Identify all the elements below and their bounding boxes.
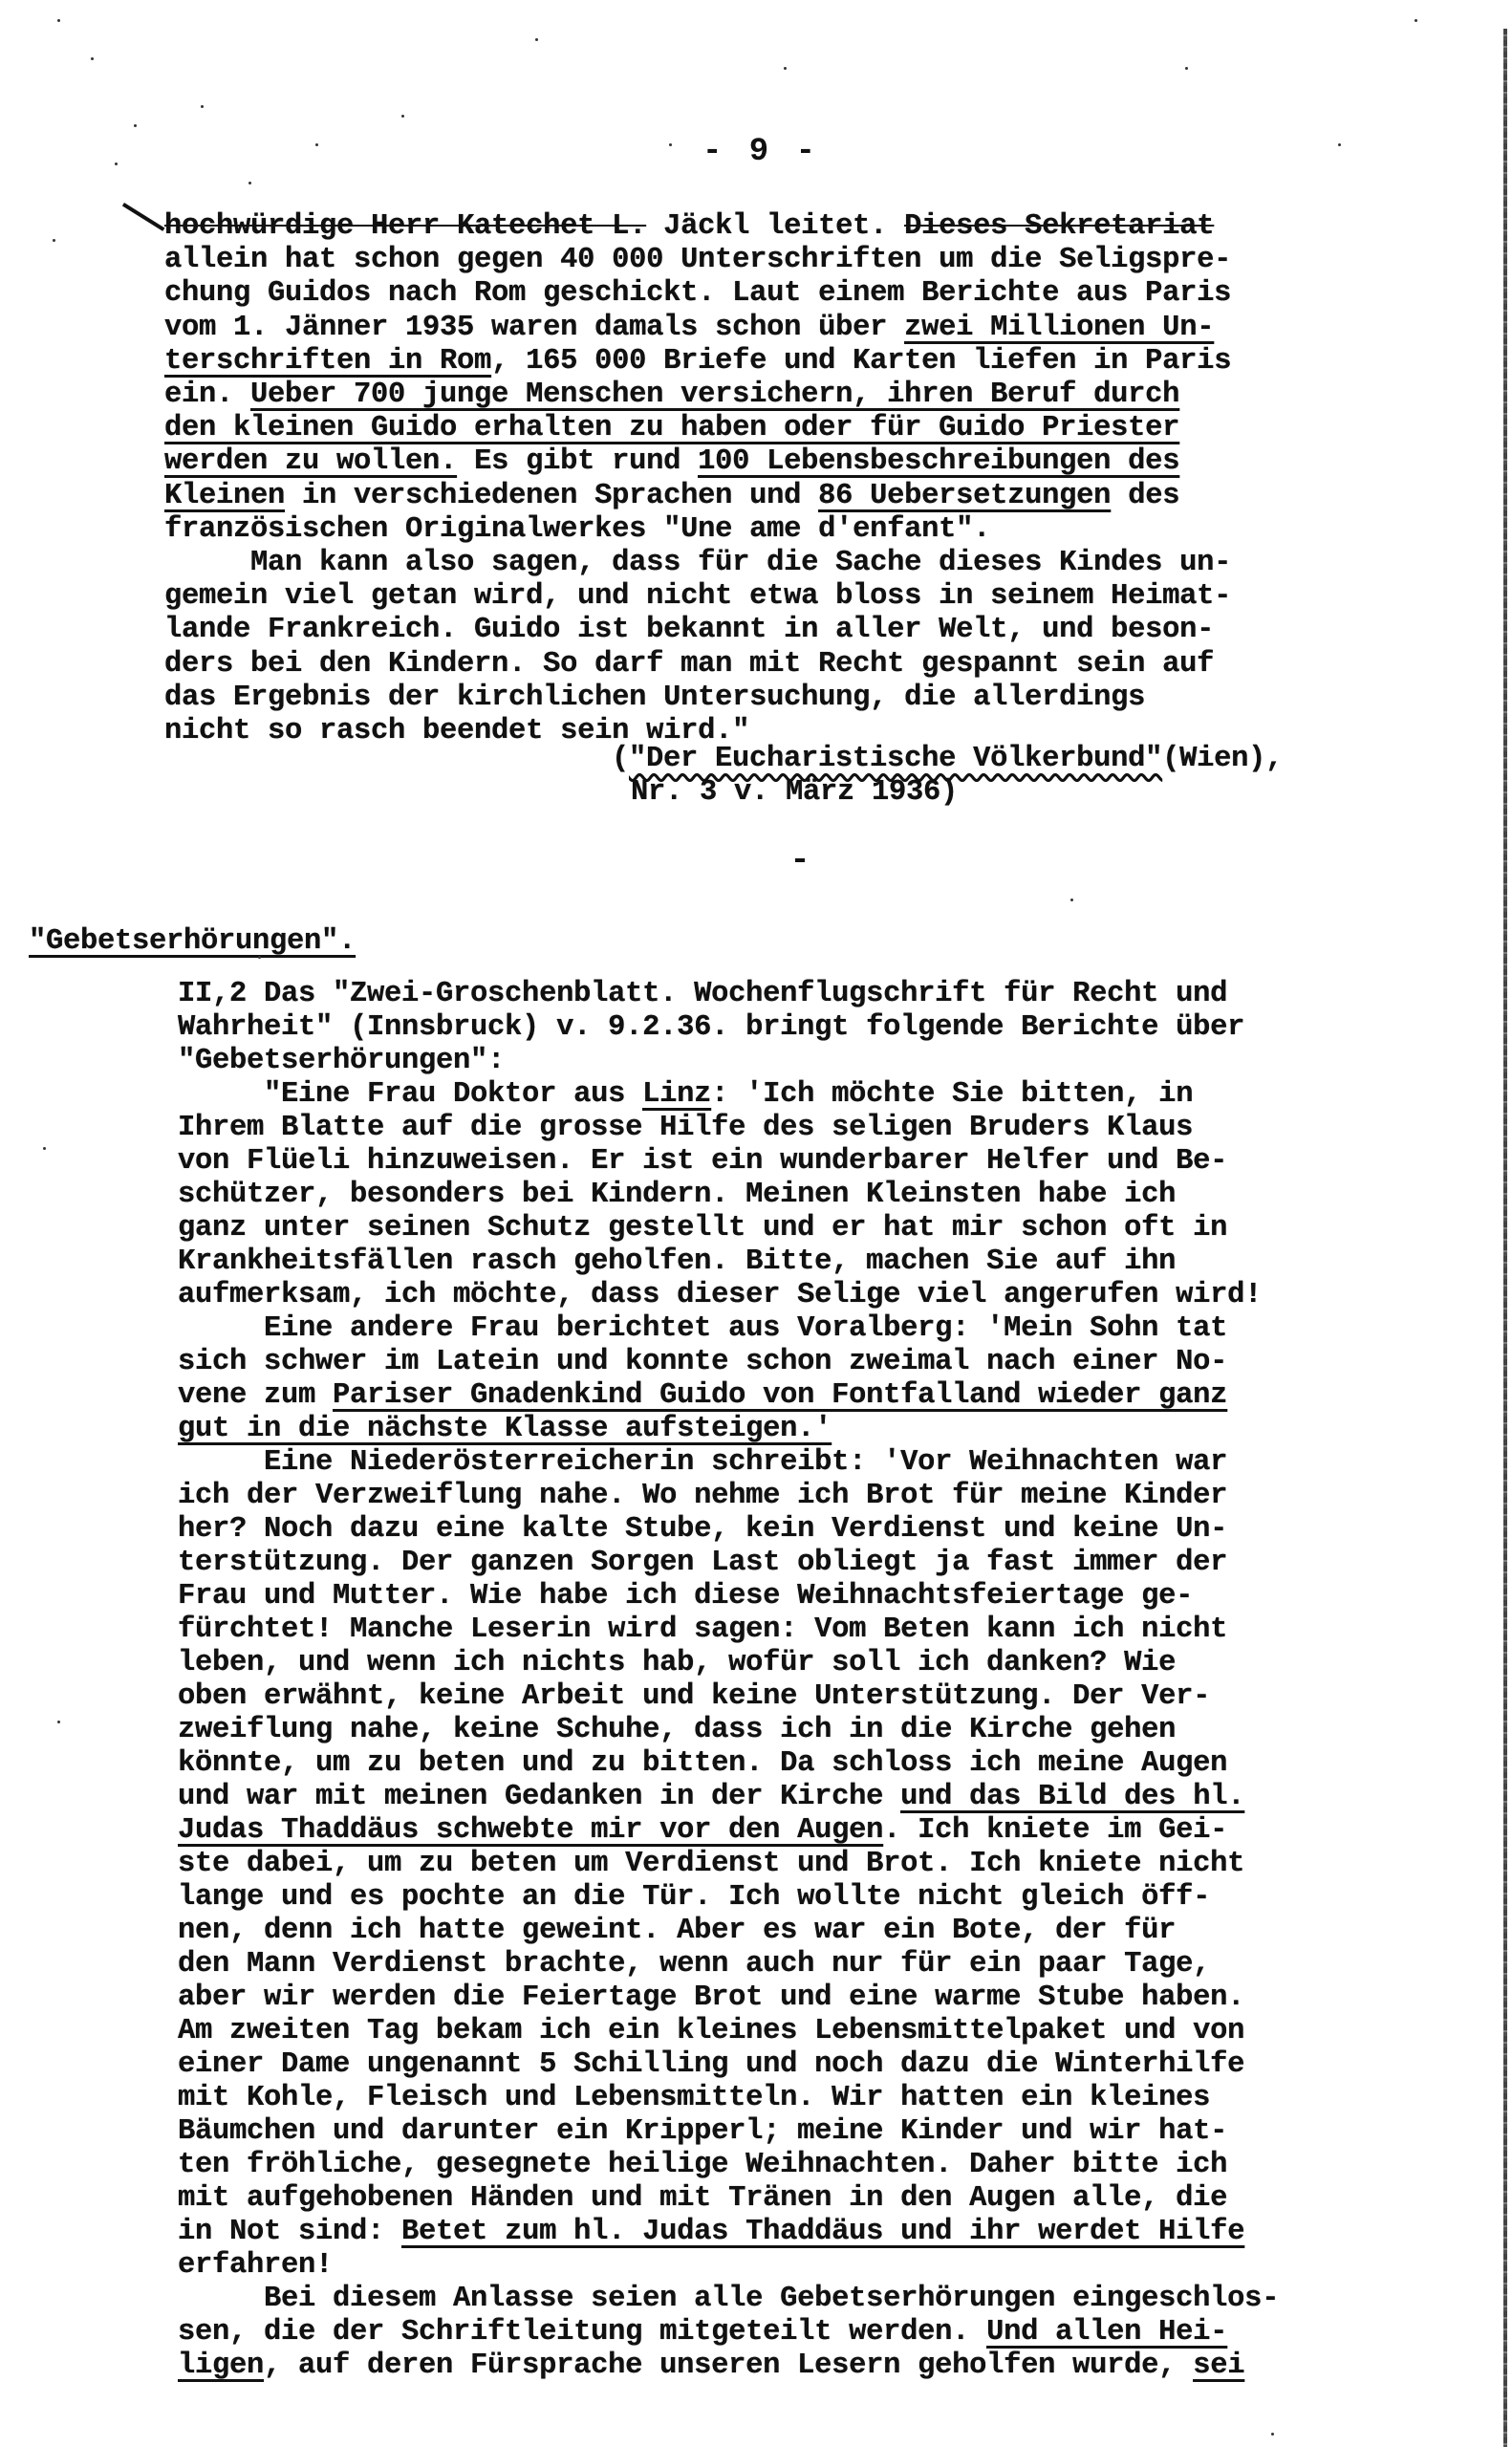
scan-speck [1338, 143, 1341, 146]
text-line: das Ergebnis der kirchlichen Untersuchun… [164, 682, 1145, 715]
text-run: ein. [164, 379, 250, 411]
scan-speck [315, 143, 318, 146]
text-line: erfahren! [178, 2249, 333, 2283]
text-line: den Mann Verdienst brachte, wenn auch nu… [178, 1948, 1210, 1981]
citation-source: "Der Eucharistische Völkerbund" [629, 743, 1162, 775]
text-run: das Ergebnis der kirchlichen Untersuchun… [164, 682, 1145, 714]
text-run: des [1111, 480, 1179, 512]
scan-speck [57, 1721, 60, 1723]
text-line: und war mit meinen Gedanken in der Kirch… [178, 1781, 1244, 1814]
text-run: könnte, um zu beten und zu bitten. Da sc… [178, 1747, 1227, 1780]
text-line: lande Frankreich. Guido ist bekannt in a… [164, 614, 1214, 647]
text-line: mit Kohle, Fleisch und Lebensmitteln. Wi… [178, 2082, 1210, 2115]
text-run: sich schwer im Latein und konnte schon z… [178, 1346, 1227, 1378]
underlined-text: Kleinen [164, 480, 285, 512]
text-run: aber wir werden die Feiertage Brot und e… [178, 1981, 1244, 2014]
text-run: ste dabei, um zu beten um Verdienst und … [178, 1848, 1244, 1880]
scan-speck [57, 19, 60, 22]
text-run: zweiflung nahe, keine Schuhe, dass ich i… [178, 1714, 1176, 1746]
text-run: vom 1. Jänner 1935 waren damals schon üb… [164, 312, 904, 344]
text-run: mit Kohle, Fleisch und Lebensmitteln. Wi… [178, 2082, 1210, 2114]
underlined-text: Und allen Hei- [986, 2316, 1227, 2349]
text-line: lange und es pochte an die Tür. Ich woll… [178, 1881, 1210, 1915]
text-line: von Flüeli hinzuweisen. Er ist ein wunde… [178, 1145, 1227, 1179]
scan-speck [115, 162, 118, 165]
text-line: terschriften in Rom, 165 000 Briefe und … [164, 345, 1231, 379]
text-run: II,2 Das "Zwei-Groschenblatt. Wochenflug… [178, 978, 1227, 1010]
text-line: nen, denn ich hatte geweint. Aber es war… [178, 1915, 1176, 1948]
citation-line-1: ("Der Eucharistische Völkerbund"(Wien), [612, 743, 1283, 776]
text-run: Jäckl leitet. [646, 210, 904, 243]
text-line: Ihrem Blatte auf die grosse Hilfe des se… [178, 1112, 1193, 1145]
underlined-text: Ueber 700 junge Menschen versichern, ihr… [250, 379, 1179, 411]
text-line: ten fröhliche, gesegnete heilige Weihnac… [178, 2149, 1227, 2182]
text-run: Bei diesem Anlasse seien alle Gebetserhö… [178, 2283, 1279, 2315]
text-line: sich schwer im Latein und konnte schon z… [178, 1346, 1227, 1379]
text-run: Krankheitsfällen rasch geholfen. Bitte, … [178, 1245, 1176, 1278]
text-line: hochwürdige Herr Katechet L. Jäckl leite… [164, 210, 1214, 244]
text-line: sen, die der Schriftleitung mitgeteilt w… [178, 2316, 1227, 2350]
scan-speck [1070, 899, 1073, 901]
text-line: vom 1. Jänner 1935 waren damals schon üb… [164, 312, 1214, 345]
text-line: zweiflung nahe, keine Schuhe, dass ich i… [178, 1714, 1176, 1747]
underlined-text: den kleinen Guido erhalten zu haben oder… [164, 412, 1179, 444]
underlined-text: Linz [642, 1078, 711, 1111]
section-separator [795, 858, 805, 862]
text-line: Bäumchen und darunter ein Kripperl; mein… [178, 2115, 1227, 2149]
text-run: "Gebetserhörungen": [178, 1045, 505, 1077]
text-line: vene zum Pariser Gnadenkind Guido von Fo… [178, 1379, 1227, 1413]
text-run: oben erwähnt, keine Arbeit und keine Unt… [178, 1680, 1210, 1713]
text-line: Judas Thaddäus schwebte mir vor den Auge… [178, 1814, 1227, 1848]
text-line: Frau und Mutter. Wie habe ich diese Weih… [178, 1580, 1193, 1613]
text-run: ders bei den Kindern. So darf man mit Re… [164, 648, 1214, 681]
text-run: aufmerksam, ich möchte, dass dieser Seli… [178, 1279, 1262, 1311]
text-line: gut in die nächste Klasse aufsteigen.' [178, 1413, 832, 1446]
text-line: den kleinen Guido erhalten zu haben oder… [164, 412, 1179, 445]
text-line: werden zu wollen. Es gibt rund 100 Leben… [164, 445, 1179, 479]
text-run: terstützung. Der ganzen Sorgen Last obli… [178, 1547, 1227, 1579]
scan-speck [669, 143, 672, 146]
text-run: ich der Verzweiflung nahe. Wo nehme ich … [178, 1480, 1227, 1512]
scan-speck [784, 67, 787, 70]
text-run: in verschiedenen Sprachen und [285, 480, 818, 512]
text-run: Eine Niederösterreicherin schreibt: 'Vor… [178, 1446, 1227, 1479]
text-run: Eine andere Frau berichtet aus Voralberg… [178, 1312, 1227, 1345]
underlined-text: und das Bild des hl. [900, 1781, 1244, 1813]
underlined-text: terschriften in Rom [164, 345, 491, 378]
underlined-text: Betet zum hl. Judas Thaddäus und ihr wer… [401, 2216, 1244, 2248]
text-line: mit aufgehobenen Händen und mit Tränen i… [178, 2182, 1227, 2216]
struck-text: hochwürdige Herr Katechet L. [164, 210, 646, 243]
text-line: chung Guidos nach Rom geschickt. Laut ei… [164, 277, 1231, 311]
text-line: her? Noch dazu eine kalte Stube, kein Ve… [178, 1513, 1227, 1547]
text-line: fürchtet! Manche Leserin wird sagen: Vom… [178, 1613, 1227, 1647]
text-run: erfahren! [178, 2249, 333, 2282]
page-scan-edge [1503, 29, 1507, 2447]
citation-line-2: Nr. 3 v. März 1936) [631, 776, 958, 810]
text-line: leben, und wenn ich nichts hab, wofür so… [178, 1647, 1176, 1680]
text-run: fürchtet! Manche Leserin wird sagen: Vom… [178, 1613, 1227, 1646]
text-run: her? Noch dazu eine kalte Stube, kein Ve… [178, 1513, 1227, 1546]
underlined-text: zwei Millionen Un- [904, 312, 1214, 344]
text-run: Man kann also sagen, dass für die Sache … [164, 547, 1231, 579]
handwritten-mark [107, 203, 164, 255]
text-run: allein hat schon gegen 40 000 Unterschri… [164, 244, 1231, 276]
text-run: schützer, besonders bei Kindern. Meinen … [178, 1179, 1176, 1211]
underlined-text: Pariser Gnadenkind Guido von Fontfalland… [333, 1379, 1227, 1412]
text-line: Bei diesem Anlasse seien alle Gebetserhö… [178, 2283, 1279, 2316]
text-run: : 'Ich möchte Sie bitten, in [711, 1078, 1193, 1111]
text-line: Eine Niederösterreicherin schreibt: 'Vor… [178, 1446, 1227, 1480]
text-line: schützer, besonders bei Kindern. Meinen … [178, 1179, 1176, 1212]
text-line: allein hat schon gegen 40 000 Unterschri… [164, 244, 1231, 277]
text-line: in Not sind: Betet zum hl. Judas Thaddäu… [178, 2216, 1244, 2249]
text-run: mit aufgehobenen Händen und mit Tränen i… [178, 2182, 1227, 2215]
text-run: und war mit meinen Gedanken in der Kirch… [178, 1781, 900, 1813]
underlined-text: Judas Thaddäus schwebte mir vor den Auge… [178, 1814, 883, 1847]
text-run: "Eine Frau Doktor aus [178, 1078, 642, 1111]
text-line: aufmerksam, ich möchte, dass dieser Seli… [178, 1279, 1262, 1312]
scan-speck [401, 115, 404, 118]
scan-speck [1185, 67, 1188, 70]
text-line: französischen Originalwerkes "Une ame d'… [164, 513, 990, 547]
text-run: von Flüeli hinzuweisen. Er ist ein wunde… [178, 1145, 1227, 1178]
text-line: "Eine Frau Doktor aus Linz: 'Ich möchte … [178, 1078, 1193, 1112]
struck-text: Dieses Sekretariat [904, 210, 1214, 243]
text-line: ich der Verzweiflung nahe. Wo nehme ich … [178, 1480, 1227, 1513]
scan-speck [248, 182, 251, 184]
scan-speck [43, 1147, 46, 1150]
text-run: gemein viel getan wird, und nicht etwa b… [164, 580, 1231, 613]
text-run: lande Frankreich. Guido ist bekannt in a… [164, 614, 1214, 646]
scan-speck [1415, 19, 1417, 22]
text-line: oben erwähnt, keine Arbeit und keine Unt… [178, 1680, 1210, 1714]
text-line: aber wir werden die Feiertage Brot und e… [178, 1981, 1244, 2015]
text-line: terstützung. Der ganzen Sorgen Last obli… [178, 1547, 1227, 1580]
page-number: - 9 - [702, 134, 819, 170]
section-heading: "Gebetserhörungen". [29, 925, 356, 959]
scan-speck [1271, 2433, 1274, 2436]
text-line: ste dabei, um zu beten um Verdienst und … [178, 1848, 1244, 1881]
underlined-text: 86 Uebersetzungen [818, 480, 1111, 512]
text-run: ganz unter seinen Schutz gestellt und er… [178, 1212, 1227, 1245]
citation-paren: ( [612, 743, 629, 775]
text-run: nen, denn ich hatte geweint. Aber es war… [178, 1915, 1176, 1947]
text-run: , auf deren Fürsprache unseren Lesern ge… [264, 2350, 1193, 2382]
text-line: ein. Ueber 700 junge Menschen versichern… [164, 379, 1179, 412]
text-line: Krankheitsfällen rasch geholfen. Bitte, … [178, 1245, 1176, 1279]
text-run: chung Guidos nach Rom geschickt. Laut ei… [164, 277, 1231, 310]
text-line: gemein viel getan wird, und nicht etwa b… [164, 580, 1231, 614]
text-line: Kleinen in verschiedenen Sprachen und 86… [164, 480, 1179, 513]
text-line: ligen, auf deren Fürsprache unseren Lese… [178, 2350, 1244, 2383]
text-run: ten fröhliche, gesegnete heilige Weihnac… [178, 2149, 1227, 2181]
text-line: ders bei den Kindern. So darf man mit Re… [164, 648, 1214, 682]
scan-speck [134, 124, 137, 127]
text-line: Am zweiten Tag bekam ich ein kleines Leb… [178, 2015, 1244, 2048]
text-line: ganz unter seinen Schutz gestellt und er… [178, 1212, 1227, 1245]
text-run: vene zum [178, 1379, 333, 1412]
text-run: den Mann Verdienst brachte, wenn auch nu… [178, 1948, 1210, 1981]
text-run: französischen Originalwerkes "Une ame d'… [164, 513, 990, 546]
text-run: Es gibt rund [457, 445, 698, 478]
text-line: Man kann also sagen, dass für die Sache … [164, 547, 1231, 580]
underlined-text: sei [1193, 2350, 1244, 2382]
text-line: "Gebetserhörungen": [178, 1045, 505, 1078]
text-run: Ihrem Blatte auf die grosse Hilfe des se… [178, 1112, 1193, 1144]
citation-place: (Wien), [1162, 743, 1283, 775]
underlined-text: werden zu wollen. [164, 445, 457, 478]
text-run: einer Dame ungenannt 5 Schilling und noc… [178, 2048, 1244, 2081]
underlined-text: gut in die nächste Klasse aufsteigen.' [178, 1413, 832, 1445]
text-run: in Not sind: [178, 2216, 401, 2248]
text-run: Bäumchen und darunter ein Kripperl; mein… [178, 2115, 1227, 2148]
scan-speck [201, 105, 204, 108]
scan-speck [258, 956, 261, 959]
scan-speck [53, 239, 55, 242]
text-run: Wahrheit" (Innsbruck) v. 9.2.36. bringt … [178, 1011, 1244, 1044]
scan-speck [91, 57, 94, 60]
text-line: könnte, um zu beten und zu bitten. Da sc… [178, 1747, 1227, 1781]
text-run: lange und es pochte an die Tür. Ich woll… [178, 1881, 1210, 1914]
scan-speck [535, 38, 538, 41]
text-run: leben, und wenn ich nichts hab, wofür so… [178, 1647, 1176, 1679]
text-line: Wahrheit" (Innsbruck) v. 9.2.36. bringt … [178, 1011, 1244, 1045]
underlined-text: ligen [178, 2350, 264, 2382]
text-run: . Ich kniete im Gei- [883, 1814, 1227, 1847]
text-run: Frau und Mutter. Wie habe ich diese Weih… [178, 1580, 1193, 1613]
text-line: II,2 Das "Zwei-Groschenblatt. Wochenflug… [178, 978, 1227, 1011]
text-run: sen, die der Schriftleitung mitgeteilt w… [178, 2316, 986, 2349]
text-line: Eine andere Frau berichtet aus Voralberg… [178, 1312, 1227, 1346]
text-run: Am zweiten Tag bekam ich ein kleines Leb… [178, 2015, 1244, 2047]
text-line: einer Dame ungenannt 5 Schilling und noc… [178, 2048, 1244, 2082]
text-run: , 165 000 Briefe und Karten liefen in Pa… [491, 345, 1231, 378]
underlined-text: 100 Lebensbeschreibungen des [698, 445, 1179, 478]
